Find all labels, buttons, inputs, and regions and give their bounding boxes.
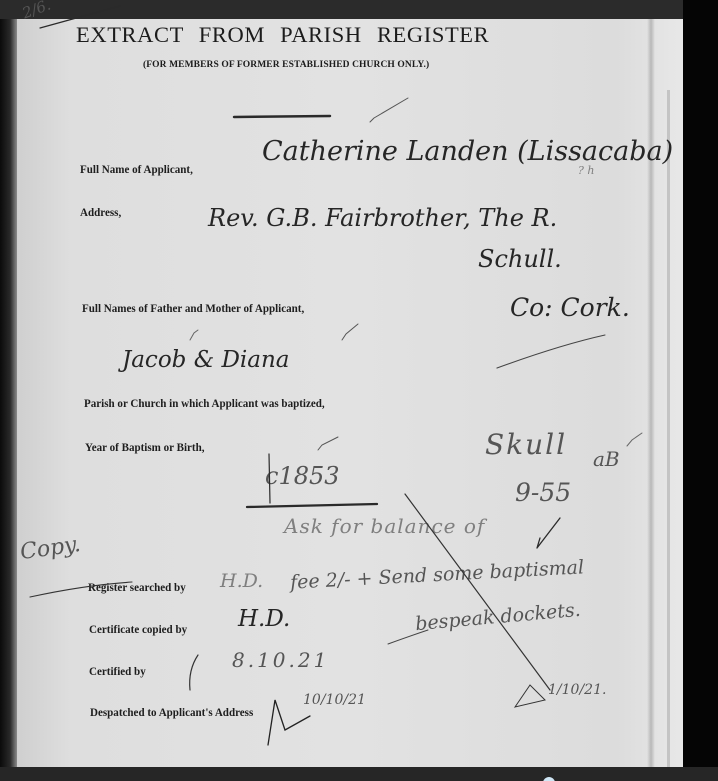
year-label: Year of Baptism or Birth, (85, 440, 204, 455)
page-fold-shadow (647, 19, 655, 767)
certified-by-label: Certified by (89, 664, 146, 679)
year-value: c1853 (265, 462, 340, 490)
despatched-value: 10/10/21 (303, 692, 366, 708)
register-searched-label: Register searched by (88, 580, 186, 595)
parents-label: Full Names of Father and Mother of Appli… (82, 301, 304, 316)
scan-right-edge (683, 0, 718, 781)
despatched-label: Despatched to Applicant's Address (90, 705, 253, 720)
address-line-1: Rev. G.B. Fairbrother, The R. (208, 204, 557, 232)
ask-note: Ask for balance of (284, 514, 485, 538)
scan-left-edge (0, 19, 17, 767)
applicant-name-label: Full Name of Applicant, (80, 162, 193, 177)
right-date-note: 1/10/21. (548, 682, 606, 698)
address-line-2: Schull. (478, 245, 562, 273)
applicant-name-value: Catherine Landen (Lissacaba) (262, 136, 673, 167)
parents-value: Jacob & Diana (122, 347, 290, 373)
document-title: EXTRACT FROM PARISH REGISTER (76, 22, 489, 48)
certificate-copied-label: Certificate copied by (89, 622, 187, 637)
parish-ref: aB (593, 447, 620, 471)
document-page (17, 19, 683, 767)
certificate-copied-value: H.D. (238, 606, 290, 632)
viewer-top-bar (0, 0, 718, 19)
address-label: Address, (80, 205, 121, 220)
certified-by-value: 8.10.21 (232, 648, 329, 672)
parish-value: Skull (485, 428, 567, 461)
parish-label: Parish or Church in which Applicant was … (84, 396, 325, 411)
applicant-name-margin-note: ? h (578, 164, 594, 177)
document-subtitle: (FOR MEMBERS OF FORMER ESTABLISHED CHURC… (143, 60, 429, 70)
viewer-bottom-bar (0, 767, 718, 781)
address-line-3: Co: Cork. (510, 293, 630, 322)
page-fold-line (667, 90, 670, 767)
parish-page-ref: 9-55 (515, 478, 571, 507)
register-searched-value: H.D. (220, 570, 263, 592)
